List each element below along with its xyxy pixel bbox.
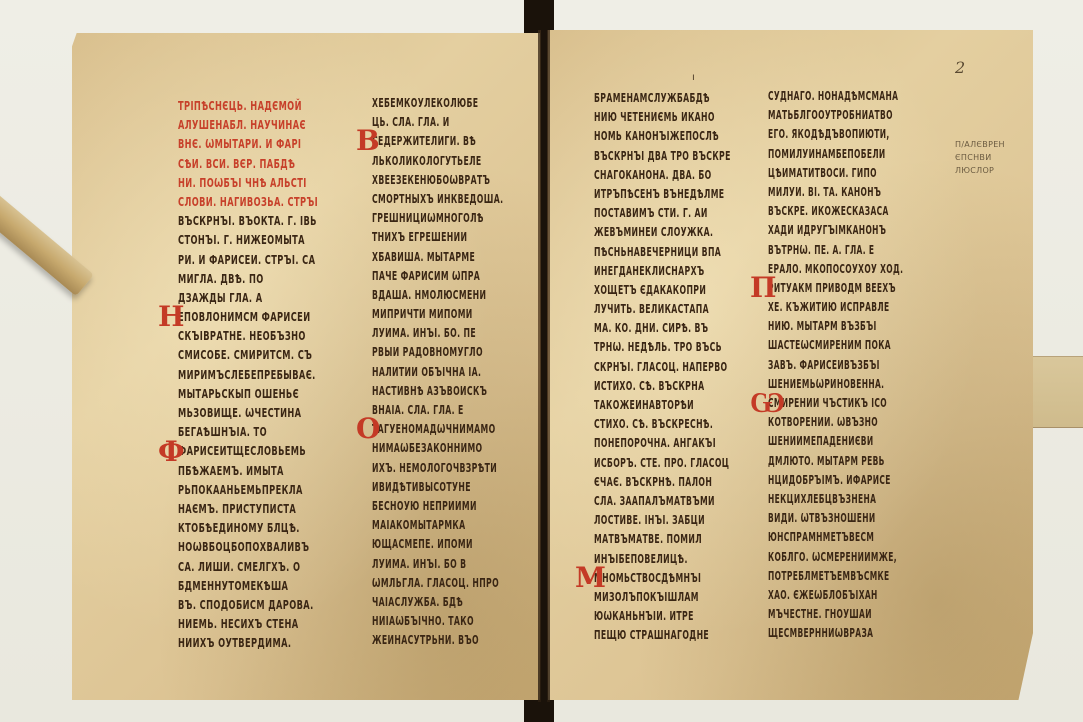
- manuscript-line: КОБЛГО. ѠСМЕРЕНИИМЖЕ,: [768, 547, 903, 566]
- manuscript-line: ХАДИ ИДРУГЪІМКАНОНЪ: [768, 220, 903, 239]
- rubric-initial: Н: [158, 303, 184, 331]
- manuscript-line: СНАГОКАНОНА. ДВА. БО: [594, 165, 731, 184]
- manuscript-line: СЛОВИ. НАГИВОЗЬА. СТРЪІ: [178, 192, 318, 211]
- manuscript-line: ШАСТЕѠСМИРЕНИМ ПОКА: [768, 335, 903, 354]
- manuscript-line: НЦИДОБРЪІМЪ. ИФАРИСЕ: [768, 470, 903, 489]
- manuscript-line: ЛУИМА. ИНЪІ. БО В: [372, 554, 503, 573]
- manuscript-line: ДЗАЖДЫ ГЛА. А: [178, 288, 318, 307]
- manuscript-line: ВНАІА. СЛА. ГЛА. Е: [372, 400, 503, 419]
- manuscript-line: ЛЬКОЛИКОЛОГУТЬЕЛЕ: [372, 151, 503, 170]
- manuscript-line: МЬЗОВИЩЕ. ѠЧЕСТИНА: [178, 403, 318, 422]
- manuscript-line: НИЕМЬ. НЕСИХЪ СТЕНА: [178, 614, 318, 633]
- rubric-initial: Ф: [158, 438, 185, 466]
- manuscript-line: РИТУАКМ ПРИВОДМ ВЕЕХЪ: [768, 278, 903, 297]
- gutter-line-left: [538, 30, 541, 702]
- manuscript-line: ЩЕСМВЕРННИѠВРАЗА: [768, 623, 903, 642]
- manuscript-line: ХБАВИША. МЫТАРМЕ: [372, 247, 503, 266]
- manuscript-line: ИСТИХО. СѢ. ВЪСКРНА: [594, 376, 731, 395]
- manuscript-line: МИПРИЧТИ МИПОМИ: [372, 304, 503, 323]
- text-column-right-2: СУДНАГО. НОНАДѢМСМАНАМАТЬБЛГООУТРОБНИАТВ…: [768, 86, 903, 642]
- manuscript-line: ЛУЧИТЬ. ВЕЛИКАСТАПА: [594, 299, 731, 318]
- manuscript-line: КТОБѢЕДИНОМУ БЛЦѢ.: [178, 518, 318, 537]
- manuscript-line: НОМЬ КАНОНЪІЖЕПОСЛѢ: [594, 126, 731, 145]
- manuscript-line: ХЕБЕМКОУЛЕКОЛЮБЕ: [372, 93, 503, 112]
- manuscript-line: ШЕНИИМЕПАДЕНИЄВИ: [768, 431, 903, 450]
- manuscript-line: ЗАВЪ. ФАРИСЕИВЪЗБЪІ: [768, 355, 903, 374]
- manuscript-line: МАТВЪМАТВЕ. ПОМИЛ: [594, 529, 731, 548]
- manuscript-line: ТАКОЖЕИНАВТОРѢИ: [594, 395, 731, 414]
- manuscript-line: ХАО. ЄЖЕѠБЛОБЪІХАН: [768, 585, 903, 604]
- manuscript-line: ИТРЪПѢСЕНЪ ВЪНЕДѢЛМЕ: [594, 184, 731, 203]
- manuscript-line: НИИХЪ ОУТВЕРДИМА.: [178, 633, 318, 652]
- top-mark: ı: [692, 72, 695, 83]
- manuscript-line: СЛА. ЗААПАЛЪМАТВЪМИ: [594, 491, 731, 510]
- manuscript-line: ЦЬ. СЛА. ГЛА. И: [372, 112, 503, 131]
- manuscript-line: ХВЕЕЗЕКЕНЮБОѠВРАТЪ: [372, 170, 503, 189]
- manuscript-line: ТРНѠ. НЕДѢЛЬ. ТРО ВЪСЬ: [594, 337, 731, 356]
- manuscript-line: СЕДЕРЖИТЕЛИГИ. ВѢ: [372, 131, 503, 150]
- rubric-initial: О: [356, 415, 380, 443]
- manuscript-line: ВДАША. НМОЛЮСМЕНИ: [372, 285, 503, 304]
- text-column-left-2: ХЕБЕМКОУЛЕКОЛЮБЕЦЬ. СЛА. ГЛА. ИСЕДЕРЖИТЕ…: [372, 93, 503, 649]
- text-column-left-1: ТРІПѢСНЄЦЬ. НАДЄМОЙАЛУШЕНАБЛ. НАУЧИНАЄВН…: [178, 96, 318, 652]
- manuscript-line: НАЛИТИИ ОБЪІЧНА ІА.: [372, 362, 503, 381]
- manuscript-line: СМОРТНЫХЪ ИНКВЕДОША.: [372, 189, 503, 208]
- manuscript-line: ДМЛЮТО. МЫТАРМ РЕВЬ: [768, 451, 903, 470]
- manuscript-line: ВИДИ. ѠТВЪЗНОШЕНИ: [768, 508, 903, 527]
- manuscript-line: ФАРИСЕИТЩЕСЛОВЬЕМЬ: [178, 441, 318, 460]
- manuscript-line: РЬПОКААНЬЕМЬПРЕКЛА: [178, 480, 318, 499]
- manuscript-line: ВЪСКРНЪІ. ВЪОКТА. Г. ІВЬ: [178, 211, 318, 230]
- manuscript-line: ЛУИМА. ИНЪІ. БО. ПЕ: [372, 323, 503, 342]
- manuscript-line: ЄЧАЄ. ВЪСКРНѢ. ПАЛОН: [594, 472, 731, 491]
- manuscript-line: МАТЬБЛГООУТРОБНИАТВО: [768, 105, 903, 124]
- marginal-note: П/АЛЄВРЕН ЄПСНВИ ЛЮСЛОР: [955, 138, 1005, 177]
- manuscript-line: МИЛУИ. ВІ. ТА. КАНОНЪ: [768, 182, 903, 201]
- rubric-initial: П: [750, 274, 776, 302]
- rubric-initial: Ѡ: [750, 389, 785, 417]
- rubric-initial: М: [575, 564, 606, 592]
- manuscript-line: ВНЄ. ѠМЫТАРИ. И ФАРІ: [178, 134, 318, 153]
- manuscript-line: ПОТРЕБЛМЕТЪЕМВЪСМКЕ: [768, 566, 903, 585]
- marginal-note-line: П/АЛЄВРЕН: [955, 138, 1005, 151]
- manuscript-line: ПѢСНЬНАВЕЧЕРНИЦИ ВПА: [594, 242, 731, 261]
- text-column-right-1: БРАМЕНАМСЛУЖБАБДѢНИЮ ЧЕТЕНИЄМЬ ИКАНОНОМЬ…: [594, 88, 731, 644]
- manuscript-line: ТРІПѢСНЄЦЬ. НАДЄМОЙ: [178, 96, 318, 115]
- manuscript-line: СТОНЪІ. Г. НИЖЕОМЫТА: [178, 230, 318, 249]
- manuscript-line: СТИХО. СѢ. ВЪСКРЕСНѢ.: [594, 414, 731, 433]
- manuscript-line: БЕСНОУЮ НЕПРИИМИ: [372, 496, 503, 515]
- rubric-initial: В: [356, 127, 380, 155]
- manuscript-line: ЕРАЛО. МКОПОСОУХОУ ХОД.: [768, 259, 903, 278]
- manuscript-line: ВЪ. СПОДОБИСМ ДАРОВА.: [178, 595, 318, 614]
- manuscript-line: НЕКЦИХЛЕБЦВЪЗНЕНА: [768, 489, 903, 508]
- manuscript-line: РИ. И ФАРИСЕИ. СТРЪІ. СА: [178, 250, 318, 269]
- manuscript-line: ШЕНИЕМЬѠРИНОВЕННА.: [768, 374, 903, 393]
- manuscript-line: ИСБОРЪ. СТЕ. ПРО. ГЛАСОЦ: [594, 453, 731, 472]
- manuscript-line: ЖЕИНАСУТРЬНИ. ВЪО: [372, 630, 503, 649]
- manuscript-line: ЮЩАСМЕПЕ. ИПОМИ: [372, 534, 503, 553]
- manuscript-line: СМИРЕНИИ ЧЪСТИКЪ ІСО: [768, 393, 903, 412]
- manuscript-line: ПОМИЛУИНАМБЕПОБЕЛИ: [768, 144, 903, 163]
- manuscript-line: ТАГУЕНОМАДѠЧНИМАМО: [372, 419, 503, 438]
- manuscript-line: ВЪСКРНЪІ ДВА ТРО ВЪСКРЕ: [594, 146, 731, 165]
- manuscript-line: ЛОСТИВЕ. ІНЪІ. ЗАБЦИ: [594, 510, 731, 529]
- manuscript-line: НИЮ ЧЕТЕНИЄМЬ ИКАНО: [594, 107, 731, 126]
- manuscript-line: ѠМЛЬГЛА. ГЛАСОЦ. НПРО: [372, 573, 503, 592]
- manuscript-line: СѢИ. ВСИ. ВЄР. ПАБДѢ: [178, 154, 318, 173]
- marginal-note-line: ЄПСНВИ: [955, 151, 1005, 164]
- manuscript-line: ЮНСПРАМНМЕТЪВЕСМ: [768, 527, 903, 546]
- manuscript-line: СА. ЛИШИ. СМЕЛГХЪ. О: [178, 557, 318, 576]
- manuscript-line: МИГЛА. ДВѢ. ПО: [178, 269, 318, 288]
- manuscript-line: ИНЪІБЕПОВЕЛИЦѢ.: [594, 549, 731, 568]
- manuscript-line: НАСТИВНѢ АЗЪВОИСКЪ: [372, 381, 503, 400]
- manuscript-line: МЫТАРЬСКЫП ОШЕНЬЄ: [178, 384, 318, 403]
- manuscript-line: ХОЩЕТЪ ЄДАКАКОПРИ: [594, 280, 731, 299]
- manuscript-line: ИВИДѢТИВЫСОТУНЕ: [372, 477, 503, 496]
- manuscript-line: ЖЕВЪМИНЕИ СЛОУЖКА.: [594, 222, 731, 241]
- manuscript-line: МИЗОЛЪПОКЪІШЛАМ: [594, 587, 731, 606]
- manuscript-line: ПБѢЖАЕМЪ. ИМЫТА: [178, 461, 318, 480]
- manuscript-line: ПАЧЕ ФАРИСИМ ѠПРА: [372, 266, 503, 285]
- manuscript-line: ГРЕШНИЦИѠМНОГОЛѢ: [372, 208, 503, 227]
- manuscript-line: АЛУШЕНАБЛ. НАУЧИНАЄ: [178, 115, 318, 134]
- manuscript-line: ПЕЩЮ СТРАШНАГОДНЕ: [594, 625, 731, 644]
- manuscript-line: ЕГО. ЯКОДѢДЪВОПИЮТИ,: [768, 124, 903, 143]
- manuscript-line: СКЪІВРАТНЕ. НЕОБЪЗНО: [178, 326, 318, 345]
- manuscript-line: КОТВОРЕНИИ. ѠВЪЗНО: [768, 412, 903, 431]
- manuscript-line: ТНИХЪ ЕГРЕШЕНИИ: [372, 227, 503, 246]
- manuscript-line: МИРИМЪСЛЕБЕПРЕБЫВАЄ.: [178, 365, 318, 384]
- manuscript-line: НАЄМЪ. ПРИСТУПИСТА: [178, 499, 318, 518]
- folio-number: 2: [955, 58, 965, 77]
- manuscript-line: ЦѢИМАТИТВОСИ. ГИПО: [768, 163, 903, 182]
- manuscript-line: ХЕ. КЪЖИТИЮ ИСПРАВЛЕ: [768, 297, 903, 316]
- manuscript-line: ЧАІАСЛУЖБА. БДѢ: [372, 592, 503, 611]
- manuscript-line: НИЮ. МЫТАРМ ВЪЗБЪІ: [768, 316, 903, 335]
- manuscript-line: ЕПОВЛОНИМСМ ФАРИСЕИ: [178, 307, 318, 326]
- manuscript-line: ВЪТРНѠ. ПЕ. А. ГЛА. Е: [768, 240, 903, 259]
- manuscript-line: РВЫИ РАДОВНОМУГЛО: [372, 342, 503, 361]
- manuscript-line: СМИСОБЕ. СМИРИТСМ. СЪ: [178, 345, 318, 364]
- manuscript-line: МАІАКОМЫТАРМКА: [372, 515, 503, 534]
- manuscript-line: СКРНЪІ. ГЛАСОЦ. НАПЕРВО: [594, 357, 731, 376]
- manuscript-line: БДМЕННУТОМЕКѢША: [178, 576, 318, 595]
- manuscript-line: НИМАѠБЕЗАКОННИМО: [372, 438, 503, 457]
- manuscript-line: СУДНАГО. НОНАДѢМСМАНА: [768, 86, 903, 105]
- marginal-note-line: ЛЮСЛОР: [955, 164, 1005, 177]
- manuscript-line: БЕГАѢШНЪІА. ТО: [178, 422, 318, 441]
- manuscript-line: НИІАѠБЪІЧНО. ТАКО: [372, 611, 503, 630]
- manuscript-line: МЪЧЕСТНЕ. ГНОУШАИ: [768, 604, 903, 623]
- manuscript-line: НИ. ПОѠБЪІ ЧНѢ АЛЬСТІ: [178, 173, 318, 192]
- manuscript-line: МНОМЬСТВОСДѢМНЪІ: [594, 568, 731, 587]
- manuscript-line: БРАМЕНАМСЛУЖБАБДѢ: [594, 88, 731, 107]
- manuscript-line: МА. КО. ДНИ. СИРѢ. ВЪ: [594, 318, 731, 337]
- manuscript-line: ИНЕГДАНЕКЛИСНАРХЪ: [594, 261, 731, 280]
- manuscript-line: ЮѠКАНЬНЪІИ. ИТРЕ: [594, 606, 731, 625]
- manuscript-line: ПОНЕПОРОЧНА. АНГАКЪІ: [594, 433, 731, 452]
- manuscript-line: ВЪСКРЕ. ИКОЖЕСКАЗАСА: [768, 201, 903, 220]
- manuscript-line: ИХЪ. НЕМОЛОГОЧВЗРѢТИ: [372, 458, 503, 477]
- gutter-line-right: [547, 30, 550, 702]
- manuscript-line: ПОСТАВИМЪ СТИ. Г. АИ: [594, 203, 731, 222]
- manuscript-line: НОѠВБОЦБОПОХВАЛИВЪ: [178, 537, 318, 556]
